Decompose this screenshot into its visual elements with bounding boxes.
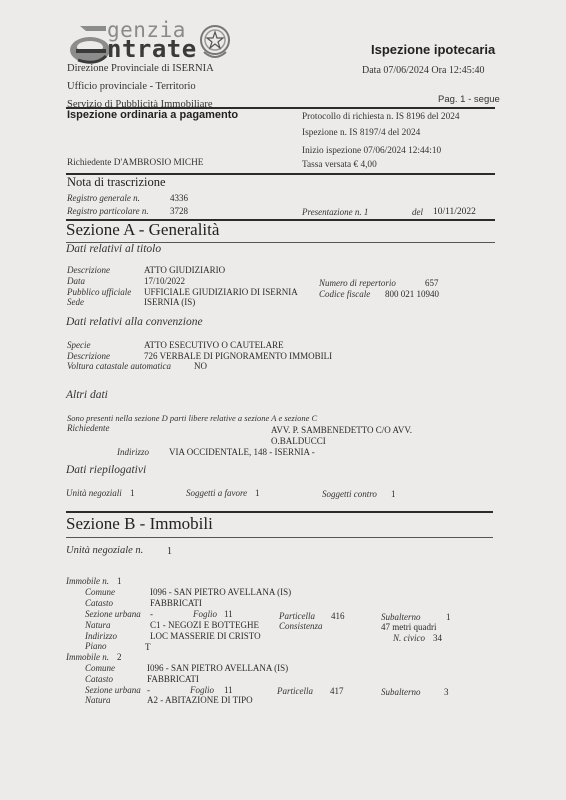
particella-value: 416: [331, 611, 345, 621]
subalterno-label: Subalterno: [381, 612, 421, 622]
natura-label: Natura: [85, 695, 111, 705]
comune-value: I096 - SAN PIETRO AVELLANA (IS): [150, 587, 291, 597]
soggetti-contro-label: Soggetti contro: [322, 489, 377, 499]
catasto-value: FABBRICATI: [150, 598, 202, 608]
specie-value: ATTO ESECUTIVO O CAUTELARE: [144, 340, 284, 350]
request-protocol: Protocollo di richiesta n. IS 8196 del 2…: [302, 112, 460, 122]
immobile-label: Immobile n.: [66, 576, 109, 586]
richiedente-line2: O.BALDUCCI: [271, 436, 326, 446]
piano-value: T: [145, 642, 151, 652]
indirizzo-label: Indirizzo: [85, 631, 117, 641]
page-indicator: Pag. 1 - segue: [438, 94, 500, 105]
inspection-start: Inizio ispezione 07/06/2024 12:44:10: [302, 146, 441, 156]
sezione-a-title: Sezione A - Generalità: [66, 220, 219, 240]
immobile-number: 2: [117, 652, 122, 662]
voltura-label: Voltura catastale automatica: [67, 361, 171, 371]
natura-value: C1 - NEGOZI E BOTTEGHE: [150, 620, 259, 630]
titolo-data-label: Data: [67, 276, 85, 286]
comune-value: I096 - SAN PIETRO AVELLANA (IS): [147, 663, 288, 673]
unita-negoziale-value: 1: [167, 546, 172, 557]
foglio-label: Foglio: [190, 685, 214, 695]
registro-particolare-value: 3728: [170, 206, 188, 216]
document-title: Ispezione ipotecaria: [371, 42, 495, 57]
foglio-label: Foglio: [193, 609, 217, 619]
subalterno-value: 1: [446, 612, 451, 622]
natura-label: Natura: [85, 620, 111, 630]
unita-negoziale-label: Unità negoziale n.: [66, 545, 143, 556]
catasto-label: Catasto: [85, 598, 113, 608]
altri-dati-heading: Altri dati: [66, 389, 108, 401]
del-value: 10/11/2022: [433, 207, 476, 217]
titolo-data-value: 17/10/2022: [144, 276, 185, 286]
consistenza-label: Consistenza: [279, 621, 323, 631]
inspection-number: Ispezione n. IS 8197/4 del 2024: [302, 128, 420, 138]
sezione-urbana-value: -: [150, 609, 153, 619]
unita-negoziali-value: 1: [130, 488, 135, 498]
soggetti-favore-value: 1: [255, 488, 260, 498]
italian-republic-emblem-icon: [198, 22, 232, 62]
del-label: del: [412, 207, 423, 217]
comune-label: Comune: [85, 663, 115, 673]
office-ufficio: Ufficio provinciale - Territorio: [67, 81, 196, 92]
subalterno-label: Subalterno: [381, 687, 421, 697]
natura-value: A2 - ABITAZIONE DI TIPO: [147, 695, 253, 705]
soggetti-favore-label: Soggetti a favore: [186, 488, 247, 498]
indirizzo-label: Indirizzo: [117, 447, 149, 457]
catasto-value: FABBRICATI: [147, 674, 199, 684]
particella-value: 417: [330, 686, 344, 696]
consistenza-value: 47 metri quadri: [381, 622, 437, 632]
numero-repertorio-label: Numero di repertorio: [319, 278, 396, 288]
sezione-b-title: Sezione B - Immobili: [66, 514, 213, 534]
requester: Richiedente D'AMBROSIO MICHE: [67, 158, 203, 168]
altri-dati-note: Sono presenti nella sezione D parti libe…: [67, 413, 317, 423]
sezione-urbana-label: Sezione urbana: [85, 609, 141, 619]
soggetti-contro-value: 1: [391, 489, 396, 499]
sede-value: ISERNIA (IS): [144, 297, 195, 307]
titolo-heading: Dati relativi al titolo: [66, 243, 161, 255]
indirizzo-value: LOC MASSERIE DI CRISTO: [150, 631, 261, 641]
titolo-descrizione-label: Descrizione: [67, 265, 110, 275]
codice-fiscale-label: Codice fiscale: [319, 289, 370, 299]
n-civico-label: N. civico: [393, 633, 425, 643]
convenzione-descrizione-value: 726 VERBALE DI PIGNORAMENTO IMMOBILI: [144, 351, 332, 361]
richiedente-label: Richiedente: [67, 423, 109, 433]
richiedente-line1: AVV. P. SAMBENEDETTO C/O AVV.: [271, 425, 412, 435]
catasto-label: Catasto: [85, 674, 113, 684]
foglio-value: 11: [224, 685, 233, 695]
comune-label: Comune: [85, 587, 115, 597]
nota-title: Nota di trascrizione: [67, 175, 166, 190]
convenzione-descrizione-label: Descrizione: [67, 351, 110, 361]
n-civico-value: 34: [433, 633, 442, 643]
indirizzo-value: VIA OCCIDENTALE, 148 - ISERNIA -: [169, 447, 315, 457]
subalterno-value: 3: [444, 687, 449, 697]
sezione-urbana-value: -: [147, 685, 150, 695]
sezione-urbana-label: Sezione urbana: [85, 685, 141, 695]
sede-label: Sede: [67, 297, 84, 307]
foglio-value: 11: [224, 609, 233, 619]
immobile-number: 1: [117, 576, 122, 586]
pubblico-ufficiale-value: UFFICIALE GIUDIZIARIO DI ISERNIA: [144, 287, 298, 297]
registro-generale-label: Registro generale n.: [67, 193, 140, 203]
titolo-descrizione-value: ATTO GIUDIZIARIO: [144, 265, 225, 275]
immobile-label: Immobile n.: [66, 652, 109, 662]
presentazione-label: Presentazione n. 1: [302, 207, 368, 217]
riepilogativi-heading: Dati riepilogativi: [66, 464, 146, 476]
piano-label: Piano: [85, 641, 107, 651]
pubblico-ufficiale-label: Pubblico ufficiale: [67, 287, 131, 297]
inspection-type: Ispezione ordinaria a pagamento: [67, 109, 238, 121]
document-page: genzia ntrate Direzione Provinciale di I…: [0, 0, 566, 800]
unita-negoziali-label: Unità negoziali: [66, 488, 122, 498]
particella-label: Particella: [279, 611, 315, 621]
registro-particolare-label: Registro particolare n.: [67, 206, 149, 216]
document-datetime: Data 07/06/2024 Ora 12:45:40: [362, 65, 484, 76]
particella-label: Particella: [277, 686, 313, 696]
numero-repertorio-value: 657: [425, 278, 439, 288]
convenzione-heading: Dati relativi alla convenzione: [66, 316, 203, 328]
specie-label: Specie: [67, 340, 90, 350]
registro-generale-value: 4336: [170, 193, 188, 203]
fee-paid: Tassa versata € 4,00: [302, 160, 377, 170]
office-direzione: Direzione Provinciale di ISERNIA: [67, 63, 214, 74]
codice-fiscale-value: 800 021 10940: [385, 289, 439, 299]
voltura-value: NO: [194, 361, 207, 371]
logo-text-ntrate: ntrate: [107, 35, 197, 63]
divider: [66, 537, 493, 538]
divider: [66, 511, 493, 513]
